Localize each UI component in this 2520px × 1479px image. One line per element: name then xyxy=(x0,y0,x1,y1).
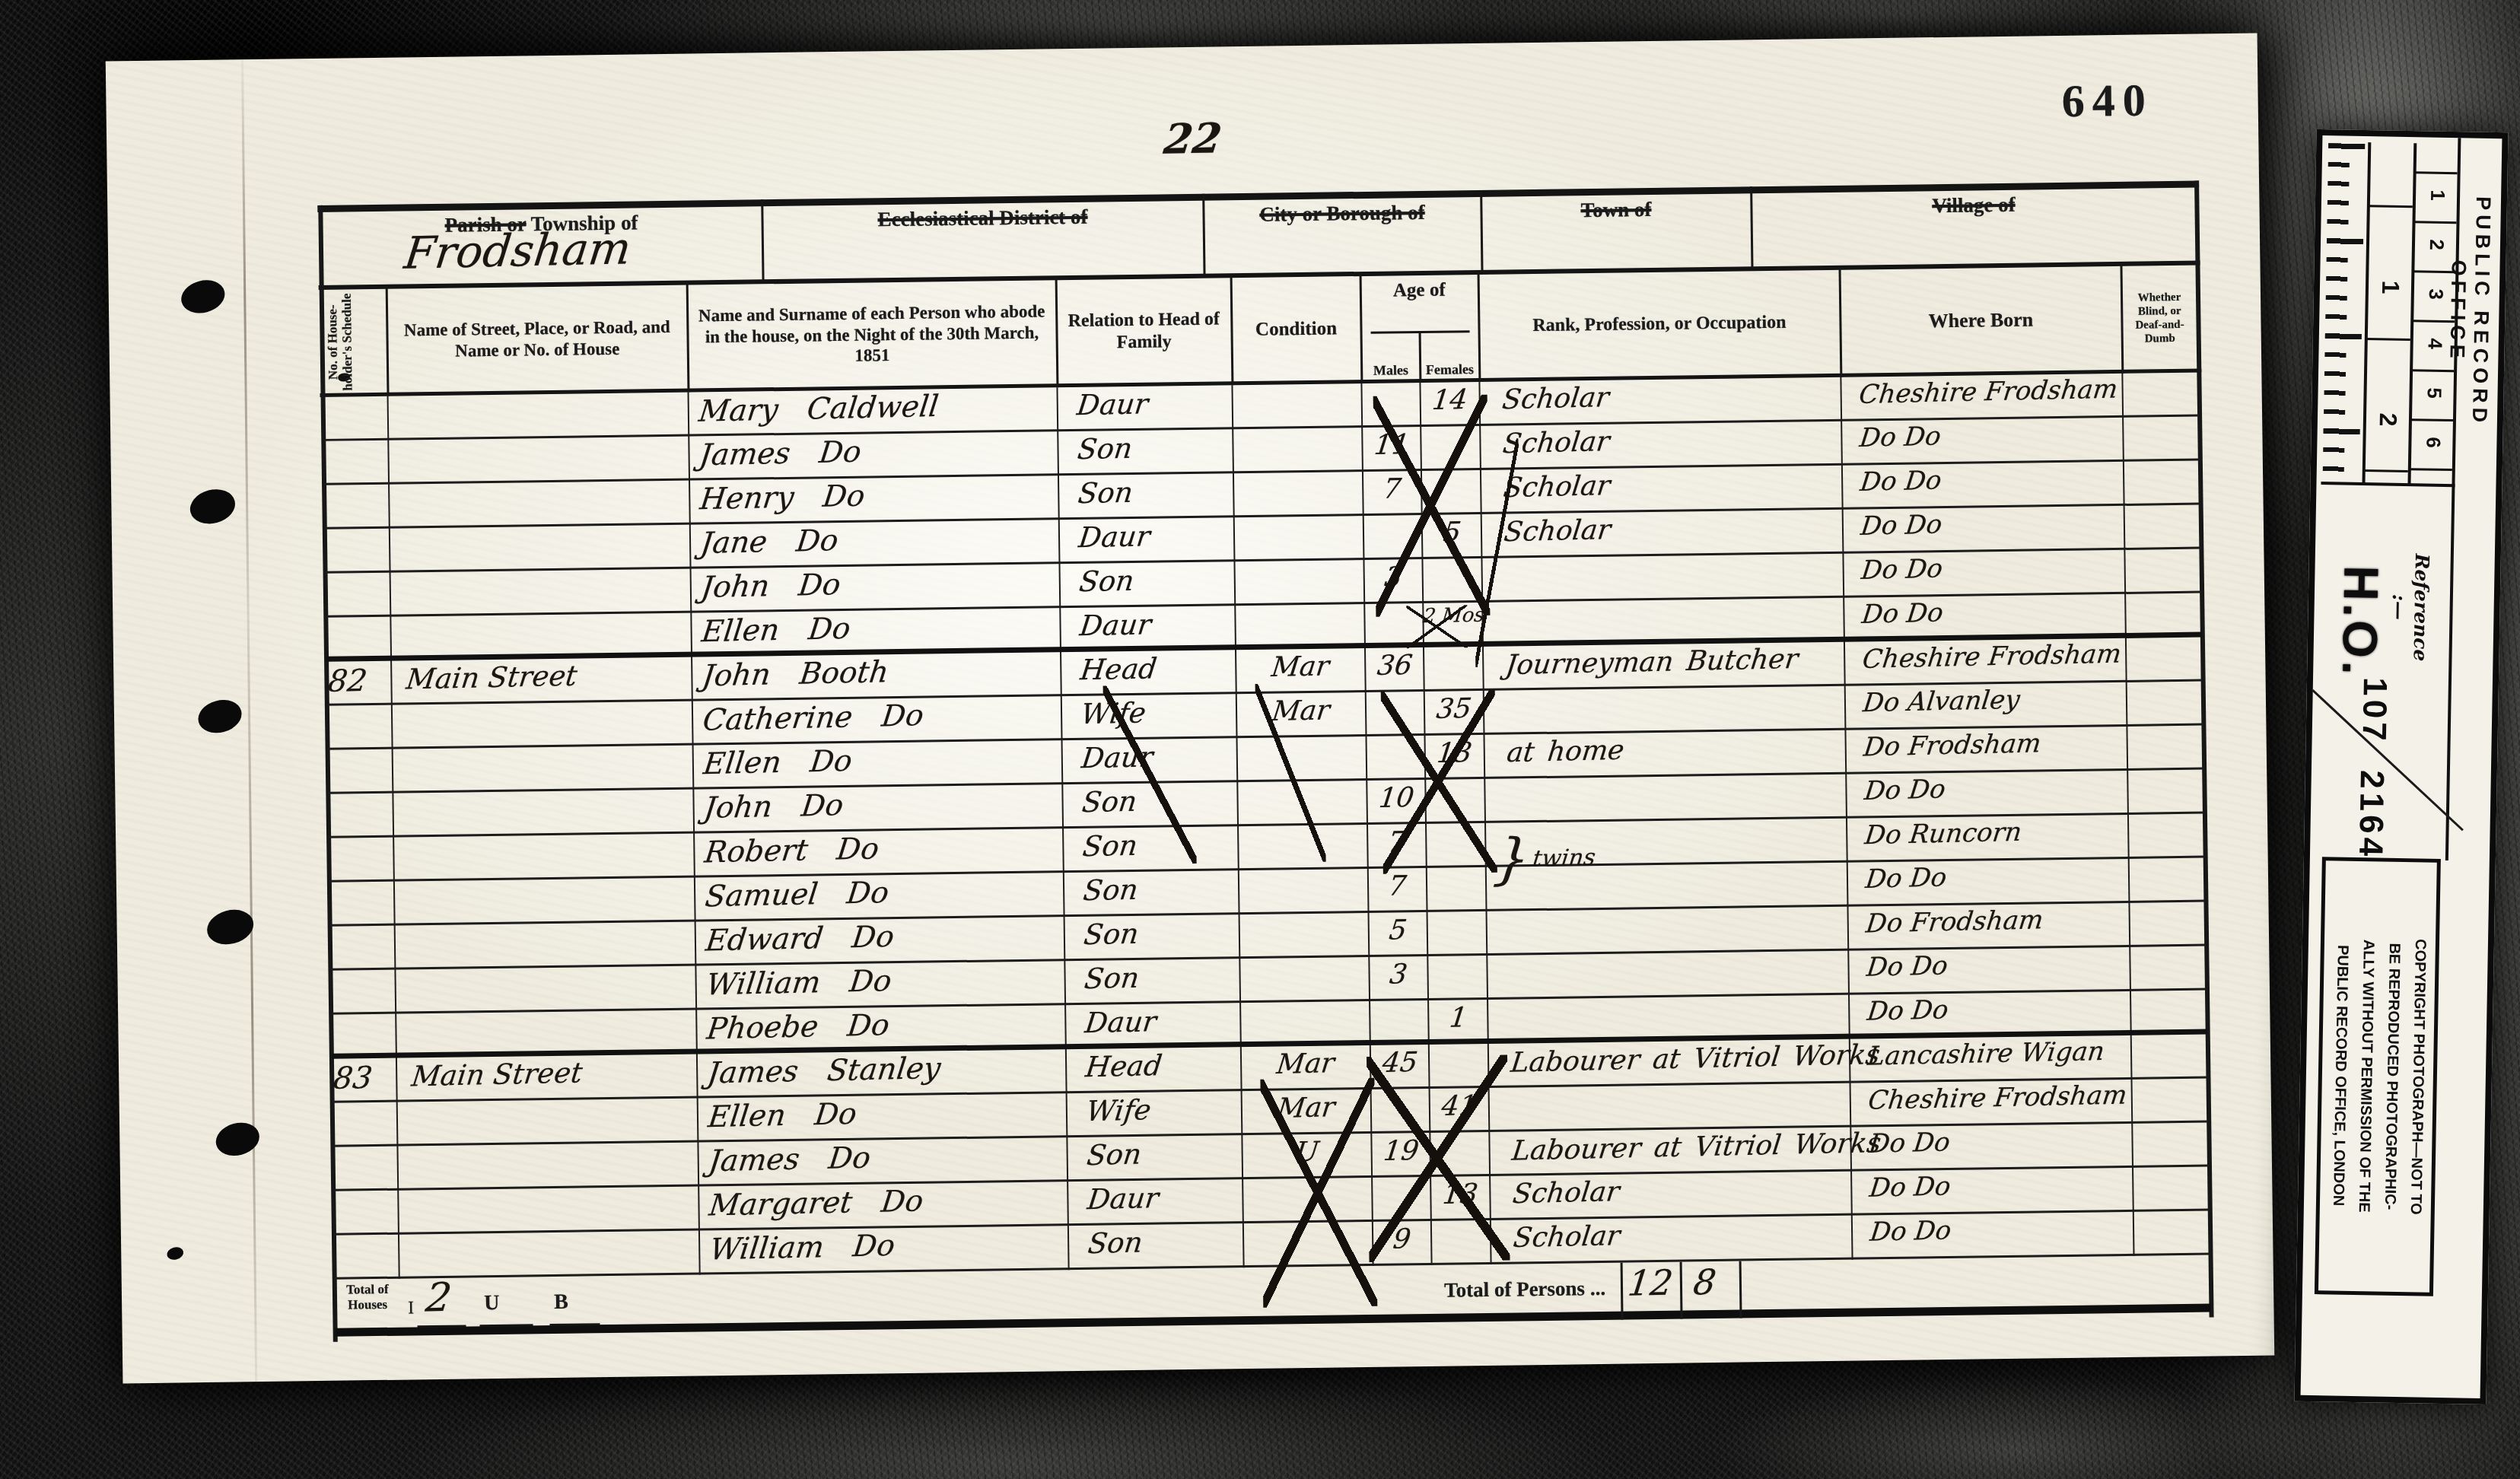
column-header-rel: Relation to Head of Family xyxy=(1056,275,1233,387)
males-label: Males xyxy=(1361,362,1421,379)
handwritten-male: 45 xyxy=(1380,1047,1419,1079)
cell-male: 7 xyxy=(1363,472,1422,516)
struck-text: Village of xyxy=(1932,193,2016,217)
cell-occ: Scholar xyxy=(1490,1173,1852,1220)
cell-name: John Do xyxy=(693,786,1063,833)
handwritten-occ: Labourer at Vitriol Works xyxy=(1509,1039,1882,1079)
handwritten-born: Cheshire Frodsham xyxy=(1866,1080,2128,1115)
handwritten-rel: Son xyxy=(1083,962,1141,996)
cell-born: Do Do xyxy=(1841,419,2124,466)
page-crease xyxy=(241,59,257,1382)
cell-name: James Stanley xyxy=(697,1051,1067,1098)
cell-male: 7 xyxy=(1367,825,1427,869)
inhabited-label: I xyxy=(408,1298,414,1318)
building-label: B xyxy=(554,1290,568,1315)
handwritten-female: 1 xyxy=(1447,1002,1468,1034)
cell-cond: U xyxy=(1242,1135,1372,1179)
handwritten-name: James Do xyxy=(707,1141,873,1179)
handwritten-occ: at home xyxy=(1505,735,1626,768)
cell-rel: Daur xyxy=(1059,519,1235,564)
ruler-cm-number: 6 xyxy=(2417,425,2445,460)
pro-reference-strip: 12123456 PUBLIC RECORD OFFICE Reference … xyxy=(2294,129,2508,1404)
cell-female: 35 xyxy=(1424,692,1484,736)
cell-rel: Son xyxy=(1064,960,1240,1005)
column-header-blind: Whether Blind, or Deaf-and-Dumb xyxy=(2121,262,2198,374)
handwritten-rel: Son xyxy=(1081,829,1140,864)
cell-male: 11 xyxy=(1362,428,1421,472)
cell-rel: Wife xyxy=(1067,1093,1242,1137)
cell-occ: Scholar xyxy=(1480,423,1842,470)
handwritten-name: John Do xyxy=(699,568,842,605)
cell-born: Do Do xyxy=(1847,860,2130,907)
header-field-label: Town of xyxy=(1481,196,1751,224)
cell-occ: Scholar xyxy=(1481,467,1843,514)
cell-born: Do Do xyxy=(1844,596,2126,642)
cell-rel: Daur xyxy=(1067,1181,1243,1226)
handwritten-male: 19 xyxy=(1382,1135,1421,1167)
handwritten-name: James Stanley xyxy=(705,1051,942,1091)
handwritten-name: William Do xyxy=(705,964,893,1002)
cell-born: Do Do xyxy=(1852,1213,2134,1260)
handwritten-name: Catherine Do xyxy=(701,698,925,737)
handwritten-female: 35 xyxy=(1435,693,1474,725)
building-underline xyxy=(550,1323,600,1326)
cell-female: 13 xyxy=(1430,1178,1491,1221)
cell-cond: Mar xyxy=(1242,1091,1372,1135)
copyright-notice: COPYRIGHT PHOTOGRAPH—NOT TOBE REPRODUCED… xyxy=(2321,870,2434,1282)
handwritten-rel: Daur xyxy=(1086,1182,1160,1216)
cm-cell-line xyxy=(2413,221,2456,224)
handwritten-male: 7 xyxy=(1382,473,1403,505)
uninhabited-label: U xyxy=(484,1291,500,1315)
cm-cell-line xyxy=(2415,171,2458,174)
film-page-number: 640 xyxy=(2061,74,2153,128)
handwritten-rel: Wife xyxy=(1084,1093,1153,1128)
cell-female: 14 xyxy=(1420,383,1480,427)
handwritten-born: Do Frodsham xyxy=(1862,728,2042,762)
handwritten-born: Do Do xyxy=(1859,466,1943,498)
handwritten-occ: Scholar xyxy=(1511,1176,1621,1210)
handwritten-persons-females: 8 xyxy=(1691,1261,1719,1303)
census-table: Mary CaldwellDaur14ScholarCheshire Frods… xyxy=(323,373,2211,1337)
total-houses-label: Total of Houses xyxy=(336,1282,399,1312)
handwritten-born: Cheshire Frodsham xyxy=(1857,374,2119,409)
ruler-divider xyxy=(2407,143,2417,485)
inch-cell-line xyxy=(2366,338,2410,341)
cell-rel: Daur xyxy=(1062,739,1238,784)
cell-sched: 83 xyxy=(332,1060,397,1103)
handwritten-male: 36 xyxy=(1375,650,1414,682)
handwritten-female: 13 xyxy=(1441,1178,1480,1210)
cell-rel: Wife xyxy=(1061,695,1237,740)
handwritten-born: Do Do xyxy=(1860,598,1945,630)
handwritten-houses-total: 2 xyxy=(423,1275,453,1322)
punch-hole xyxy=(177,275,228,317)
cell-cond: Mar xyxy=(1241,1047,1371,1091)
cell-born: Do Do xyxy=(1842,463,2124,510)
handwritten-name: Phoebe Do xyxy=(705,1008,892,1046)
handwritten-male: 7 xyxy=(1387,870,1408,902)
handwritten-name: William Do xyxy=(708,1229,896,1267)
handwritten-occ: Scholar xyxy=(1502,514,1612,548)
cell-rel: Son xyxy=(1060,563,1236,608)
cell-rel: Daur xyxy=(1060,607,1236,652)
cell-rel: Head xyxy=(1061,651,1236,696)
cell-rel: Son xyxy=(1058,475,1234,520)
cell-cond: Mar xyxy=(1236,694,1367,738)
cell-name: John Do xyxy=(691,565,1061,612)
total-persons-females: 8 xyxy=(1694,1261,1717,1302)
cell-rel: Son xyxy=(1067,1137,1242,1182)
handwritten-street: Main Street xyxy=(410,1056,584,1093)
handwritten-born: Do Do xyxy=(1863,774,1947,806)
handwritten-born: Do Do xyxy=(1864,863,1949,895)
ruler-cm-number: 3 xyxy=(2420,277,2448,311)
cell-male: 9 xyxy=(1373,1223,1432,1266)
cell-occ: Scholar xyxy=(1479,379,1841,426)
cell-sched: 82 xyxy=(326,663,392,706)
cell-female: 2 Mos xyxy=(1423,604,1483,647)
handwritten-rel: Daur xyxy=(1083,1005,1158,1039)
totals-box-line xyxy=(1621,1263,1624,1320)
cell-rel: Daur xyxy=(1057,386,1233,431)
handwritten-male: 3 xyxy=(1388,959,1409,991)
handwritten-name: Margaret Do xyxy=(708,1184,925,1223)
ruler-scale: 12123456 xyxy=(2322,135,2502,138)
handwritten-male: 10 xyxy=(1377,782,1416,814)
inch-cell-line xyxy=(2369,205,2413,208)
cell-name: Phoebe Do xyxy=(696,1007,1066,1054)
census-page: 640 22 Parish or Township ofEcclesiastic… xyxy=(106,33,2275,1384)
handwritten-name: John Booth xyxy=(701,655,891,693)
handwritten-rel: Son xyxy=(1077,476,1135,510)
cell-male: 45 xyxy=(1370,1046,1430,1089)
cell-cond: Mar xyxy=(1236,650,1366,694)
ruler-bottom-rule xyxy=(2321,482,2455,487)
handwritten-name: Robert Do xyxy=(703,832,881,870)
handwritten-occ: Labourer at Vitriol Works xyxy=(1510,1128,1883,1167)
handwritten-cond: Mar xyxy=(1275,1048,1336,1080)
cell-name: Margaret Do xyxy=(698,1183,1068,1230)
handwritten-name: Ellen Do xyxy=(702,744,854,781)
handwritten-name: Ellen Do xyxy=(706,1097,858,1134)
cell-born: Do Frodsham xyxy=(1845,728,2127,774)
cell-rel: Son xyxy=(1064,872,1239,917)
age-of-label: Age of xyxy=(1393,280,1446,302)
struck-text: City or Borough of xyxy=(1259,201,1425,226)
handwritten-male: 7 xyxy=(1386,826,1408,858)
handwritten-name: John Do xyxy=(702,788,845,825)
reference-piece-stamp: 107 xyxy=(2356,665,2394,757)
handwritten-female: 13 xyxy=(1435,737,1474,769)
handwritten-born: Do Runcorn xyxy=(1863,817,2024,851)
copyright-box: COPYRIGHT PHOTOGRAPH—NOT TOBE REPRODUCED… xyxy=(2315,857,2441,1296)
handwritten-name: Ellen Do xyxy=(700,612,852,649)
handwritten-sched: 83 xyxy=(332,1061,374,1096)
age-underline xyxy=(1370,330,1469,334)
handwritten-rel: Son xyxy=(1080,785,1139,819)
cell-name: Henry Do xyxy=(689,477,1059,524)
handwritten-born: Do Do xyxy=(1867,1127,1952,1159)
cell-born: Do Do xyxy=(1851,1169,2133,1216)
cell-rel: Son xyxy=(1063,828,1239,873)
header-field-label: City or Borough of xyxy=(1203,200,1481,227)
cell-name: James Do xyxy=(689,433,1058,480)
struck-text: Ecclesiastical District of xyxy=(877,205,1087,231)
uninhabited-underline xyxy=(480,1324,533,1327)
handwritten-sched: 82 xyxy=(326,663,369,699)
handwritten-male: 11 xyxy=(1373,429,1411,461)
punch-hole xyxy=(195,695,246,737)
twins-annotation: } twins xyxy=(1494,825,1596,891)
handwritten-name: Henry Do xyxy=(698,479,867,517)
cm-cell-line xyxy=(2411,369,2454,372)
cell-male: 10 xyxy=(1367,781,1426,825)
handwritten-born: Do Do xyxy=(1860,554,1944,586)
cm-cell-line xyxy=(2410,468,2452,471)
cell-name: Jane Do xyxy=(690,521,1060,568)
column-header-age-group: Age ofMalesFemales xyxy=(1360,272,1480,383)
handwritten-rel: Daur xyxy=(1080,740,1154,774)
cell-name: James Do xyxy=(698,1139,1067,1186)
cell-born: Do Do xyxy=(1849,993,2131,1039)
handwritten-rel: Son xyxy=(1087,1226,1145,1261)
handwritten-rel: Head xyxy=(1084,1049,1164,1083)
handwritten-born: Do Do xyxy=(1866,994,1950,1026)
cell-rel: Son xyxy=(1064,916,1240,961)
handwritten-persons-males: 12 xyxy=(1626,1261,1675,1303)
handwritten-male: 5 xyxy=(1387,914,1408,946)
cell-rel: Daur xyxy=(1065,1004,1241,1049)
cell-born: Lancashire Wigan xyxy=(1850,1037,2132,1083)
handwritten-cond: Mar xyxy=(1276,1092,1337,1124)
handwritten-name: Samuel Do xyxy=(703,876,890,914)
totals-box-line xyxy=(1680,1262,1683,1319)
total-persons-males: 12 xyxy=(1628,1262,1673,1304)
cell-born: Cheshire Frodsham xyxy=(1841,375,2123,421)
handwritten-female: 41 xyxy=(1440,1090,1479,1122)
cell-born: Do Frodsham xyxy=(1848,905,2130,951)
handwritten-cond: Mar xyxy=(1271,695,1332,727)
cell-male: 3 xyxy=(1363,561,1423,604)
handwritten-female: 5 xyxy=(1441,517,1462,549)
cell-name: Samuel Do xyxy=(695,874,1064,921)
ruler-cm-number: 5 xyxy=(2418,376,2446,410)
cell-female: 1 xyxy=(1428,1001,1488,1045)
punch-hole xyxy=(186,485,239,529)
cell-rel: Head xyxy=(1066,1048,1242,1093)
cell-male: 5 xyxy=(1369,914,1428,957)
cell-born: Cheshire Frodsham xyxy=(1844,640,2127,686)
handwritten-male: 3 xyxy=(1382,561,1404,593)
handwritten-born: Do Frodsham xyxy=(1864,905,2044,939)
inch-cell-line xyxy=(2364,469,2408,472)
cell-born: Do Runcorn xyxy=(1847,816,2129,863)
cell-occ: Scholar xyxy=(1491,1217,1853,1264)
total-houses-value: 2 xyxy=(426,1275,452,1321)
handwritten-cond: Mar xyxy=(1270,650,1331,683)
handwritten-rel: Wife xyxy=(1079,696,1147,730)
cell-name: Mary Caldwell xyxy=(689,389,1058,436)
cell-male: 3 xyxy=(1369,958,1428,1001)
handwritten-born: Do Do xyxy=(1868,1171,1952,1203)
cell-male: 36 xyxy=(1365,649,1424,692)
handwritten-rel: Daur xyxy=(1078,608,1153,642)
ruler-cm-number: 2 xyxy=(2421,227,2449,262)
punch-hole xyxy=(212,1118,263,1160)
cell-occ: Journeyman Butcher xyxy=(1483,644,1845,691)
cell-rel: Son xyxy=(1058,431,1233,476)
ruler-cm-number: 1 xyxy=(2422,178,2450,212)
column-header-schedule: No. of House-holder's Schedule xyxy=(326,288,385,396)
cell-rel: Son xyxy=(1068,1225,1244,1270)
handwritten-born: Lancashire Wigan xyxy=(1866,1036,2107,1072)
cell-born: Do Alvanley xyxy=(1845,684,2127,730)
females-label: Females xyxy=(1421,361,1480,378)
cell-name: Ellen Do xyxy=(693,742,1063,789)
handwritten-occ: Scholar xyxy=(1500,382,1611,415)
handwritten-born: Do Alvanley xyxy=(1861,685,2021,719)
handwritten-rel: Head xyxy=(1079,652,1159,686)
column-header-occ: Rank, Profession, or Occupation xyxy=(1478,267,1841,382)
cell-name: Ellen Do xyxy=(691,609,1061,657)
handwritten-rel: Son xyxy=(1085,1138,1144,1172)
handwritten-rel: Daur xyxy=(1077,520,1151,554)
column-header-born: Where Born xyxy=(1839,263,2122,377)
header-field-label: Village of xyxy=(1751,191,2196,221)
handwritten-rel: Daur xyxy=(1075,387,1150,421)
pro-title: PUBLIC RECORD OFFICE xyxy=(2457,144,2496,479)
cell-born: Cheshire Frodsham xyxy=(1850,1081,2133,1128)
handwritten-male: 9 xyxy=(1392,1223,1413,1255)
handwritten-name: James Do xyxy=(698,435,864,473)
ruler-cm-number: 4 xyxy=(2419,326,2447,361)
brace-mark: } xyxy=(1491,826,1534,891)
reference-item-stamp: 2164 xyxy=(2353,758,2391,873)
column-header-street: Name of Street, Place, or Road, and Name… xyxy=(387,282,689,396)
cell-born: Do Do xyxy=(1848,949,2130,995)
cell-name: Catherine Do xyxy=(692,698,1062,745)
handwritten-occ: Journeyman Butcher xyxy=(1504,644,1800,681)
cm-cell-line xyxy=(2410,418,2453,421)
cell-occ: Labourer at Vitriol Works xyxy=(1488,1041,1850,1088)
punch-hole xyxy=(203,905,257,949)
cell-name: Robert Do xyxy=(694,830,1064,877)
age-subheads: MalesFemales xyxy=(1361,361,1479,379)
cell-name: John Booth xyxy=(692,654,1061,701)
handwritten-born: Do Do xyxy=(1860,510,1944,542)
handwritten-rel: Son xyxy=(1077,565,1136,599)
handwritten-name: Jane Do xyxy=(698,523,840,561)
cell-female: 41 xyxy=(1430,1089,1490,1133)
cell-name: Edward Do xyxy=(695,918,1065,965)
twins-note: twins xyxy=(1531,844,1596,872)
handwritten-born: Do Do xyxy=(1858,421,1943,453)
cell-rel: Son xyxy=(1062,784,1238,829)
cell-male: 19 xyxy=(1371,1134,1430,1178)
handwritten-female: 14 xyxy=(1430,384,1469,416)
cell-name: Ellen Do xyxy=(698,1095,1067,1142)
houses-underline xyxy=(418,1325,466,1328)
handwritten-rel: Son xyxy=(1082,873,1141,908)
punch-hole xyxy=(166,1245,185,1261)
handwritten-occ: Scholar xyxy=(1501,426,1612,460)
cell-born: Do Do xyxy=(1850,1125,2133,1172)
cell-born: Do Do xyxy=(1846,772,2128,819)
parish-name-handwritten: Frodsham xyxy=(402,222,634,279)
folio-number: 22 xyxy=(1161,113,1224,164)
cell-male: 7 xyxy=(1368,870,1427,913)
ruler-inch-number: 1 xyxy=(2374,268,2405,307)
header-field-label: Ecclesiastical District of xyxy=(762,204,1203,234)
ruler-inch-number: 2 xyxy=(2372,400,2403,439)
ruler-ticks-major xyxy=(2323,143,2366,480)
column-header-cond: Condition xyxy=(1231,273,1362,385)
struck-text: Town of xyxy=(1580,198,1651,221)
cell-female: 13 xyxy=(1425,736,1485,780)
handwritten-rel: Son xyxy=(1082,918,1141,952)
handwritten-name: Mary Caldwell xyxy=(697,390,940,429)
handwritten-born: Do Do xyxy=(1865,950,1949,982)
cell-born: Do Do xyxy=(1843,507,2125,554)
handwritten-name: Edward Do xyxy=(704,920,896,958)
cell-occ: at home xyxy=(1484,732,1847,779)
cell-street: Main Street xyxy=(391,659,692,705)
cell-born: Do Do xyxy=(1843,552,2125,598)
reference-label: Reference :— xyxy=(2408,550,2433,665)
cell-female: 5 xyxy=(1422,516,1482,559)
column-header-name: Name and Surname of each Person who abod… xyxy=(687,277,1058,392)
handwritten-born: Cheshire Frodsham xyxy=(1861,638,2123,674)
handwritten-cond: U xyxy=(1293,1137,1320,1169)
handwritten-occ: Scholar xyxy=(1512,1220,1622,1254)
cell-name: William Do xyxy=(699,1227,1069,1274)
cell-street: Main Street xyxy=(396,1056,698,1102)
handwritten-rel: Son xyxy=(1076,432,1134,466)
cell-name: William Do xyxy=(695,962,1065,1010)
cell-occ: Labourer at Vitriol Works xyxy=(1489,1129,1851,1176)
handwritten-female: 2 Mos xyxy=(1422,604,1486,628)
handwritten-street: Main Street xyxy=(405,660,579,696)
cell-occ: Scholar xyxy=(1481,511,1844,558)
totals-box-line xyxy=(1739,1261,1742,1318)
total-persons-label: Total of Persons ... xyxy=(1271,1277,1605,1305)
handwritten-born: Do Do xyxy=(1869,1215,1953,1247)
handwritten-occ: Scholar xyxy=(1502,470,1612,504)
